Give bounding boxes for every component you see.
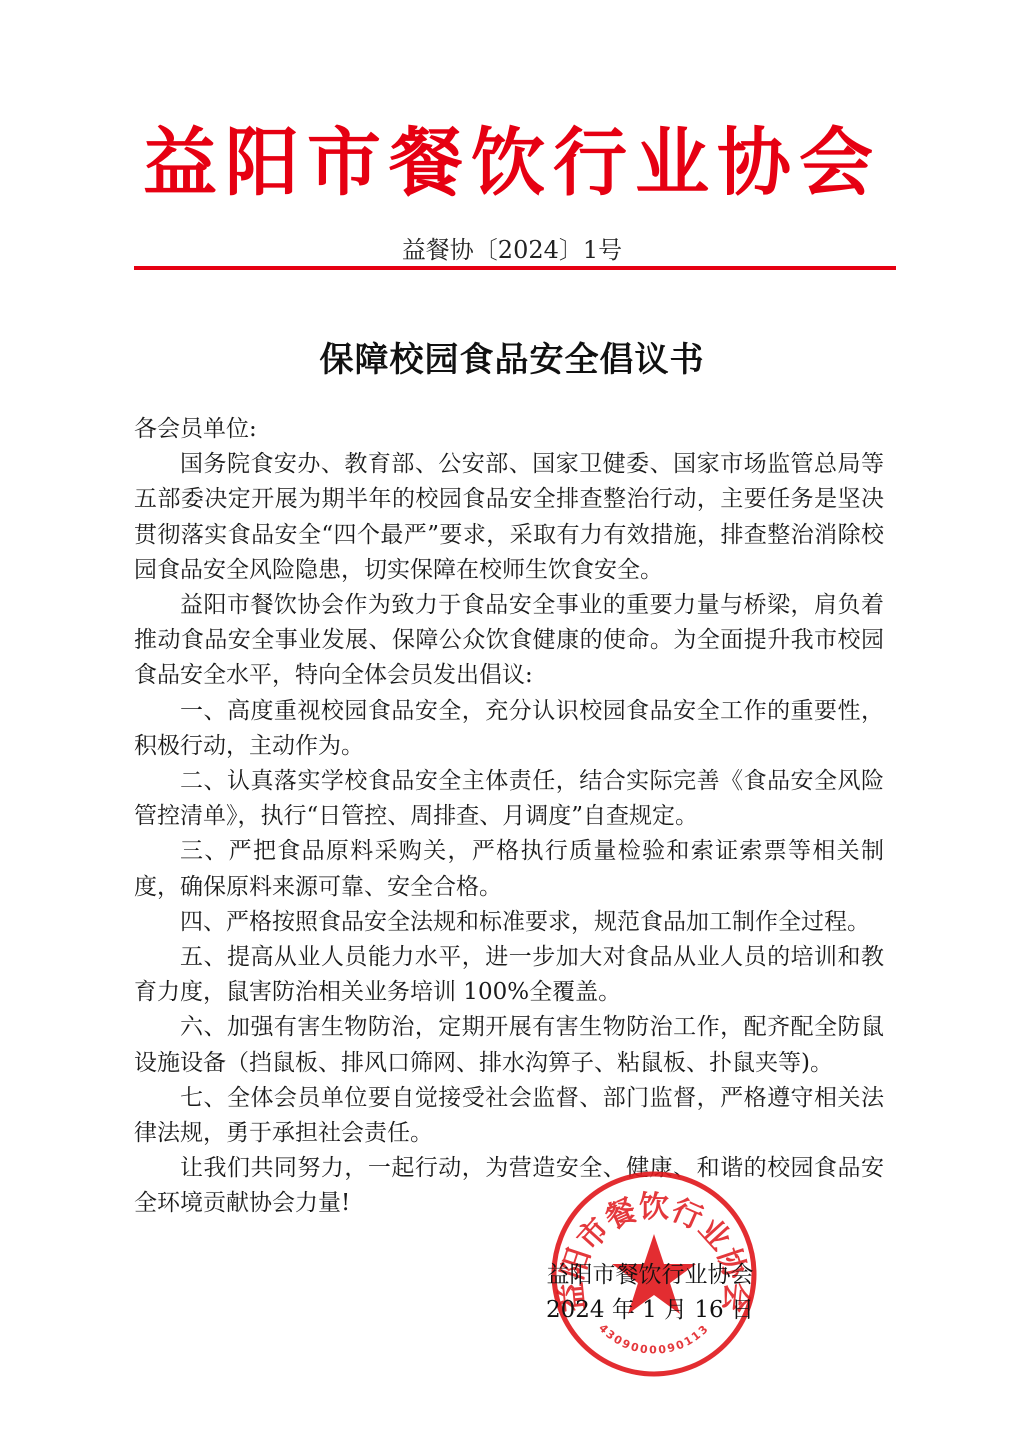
paragraph: 国务院食安办、教育部、公安部、国家卫健委、国家市场监管总局等五部委决定开展为期半…: [134, 447, 884, 588]
document-title: 保障校园食品安全倡议书: [0, 336, 1024, 384]
initiative-item: 二、认真落实学校食品安全主体责任，结合实际完善《食品安全风险管控清单》，执行“日…: [134, 764, 884, 834]
initiative-item: 六、加强有害生物防治，定期开展有害生物防治工作，配齐配全防鼠设施设备（挡鼠板、排…: [134, 1010, 884, 1080]
closing-paragraph: 让我们共同努力，一起行动，为营造安全、健康、和谐的校园食品安全环境贡献协会力量!: [134, 1151, 884, 1221]
initiative-item: 四、严格按照食品安全法规和标准要求，规范食品加工制作全过程。: [134, 905, 884, 940]
signature-block: 益阳市餐饮行业协会 2024 年 1 月 16 日: [520, 1258, 780, 1328]
header-organization-name: 益阳市餐饮行业协会: [0, 118, 1024, 208]
signature-date: 2024 年 1 月 16 日: [520, 1293, 780, 1328]
signature-organization: 益阳市餐饮行业协会: [520, 1258, 780, 1293]
initiative-item: 三、严把食品原料采购关，严格执行质量检验和索证索票等相关制度，确保原料来源可靠、…: [134, 834, 884, 904]
salutation: 各会员单位:: [134, 412, 884, 447]
paragraph: 益阳市餐饮协会作为致力于食品安全事业的重要力量与桥梁，肩负着推动食品安全事业发展…: [134, 588, 884, 694]
red-divider: [134, 266, 896, 270]
document-number: 益餐协〔2024〕1号: [0, 232, 1024, 268]
initiative-item: 七、全体会员单位要自觉接受社会监督、部门监督，严格遵守相关法律法规，勇于承担社会…: [134, 1081, 884, 1151]
initiative-item: 五、提高从业人员能力水平，进一步加大对食品从业人员的培训和教育力度，鼠害防治相关…: [134, 940, 884, 1010]
initiative-item: 一、高度重视校园食品安全，充分认识校园食品安全工作的重要性，积极行动，主动作为。: [134, 694, 884, 764]
document-body: 各会员单位: 国务院食安办、教育部、公安部、国家卫健委、国家市场监管总局等五部委…: [134, 412, 884, 1222]
